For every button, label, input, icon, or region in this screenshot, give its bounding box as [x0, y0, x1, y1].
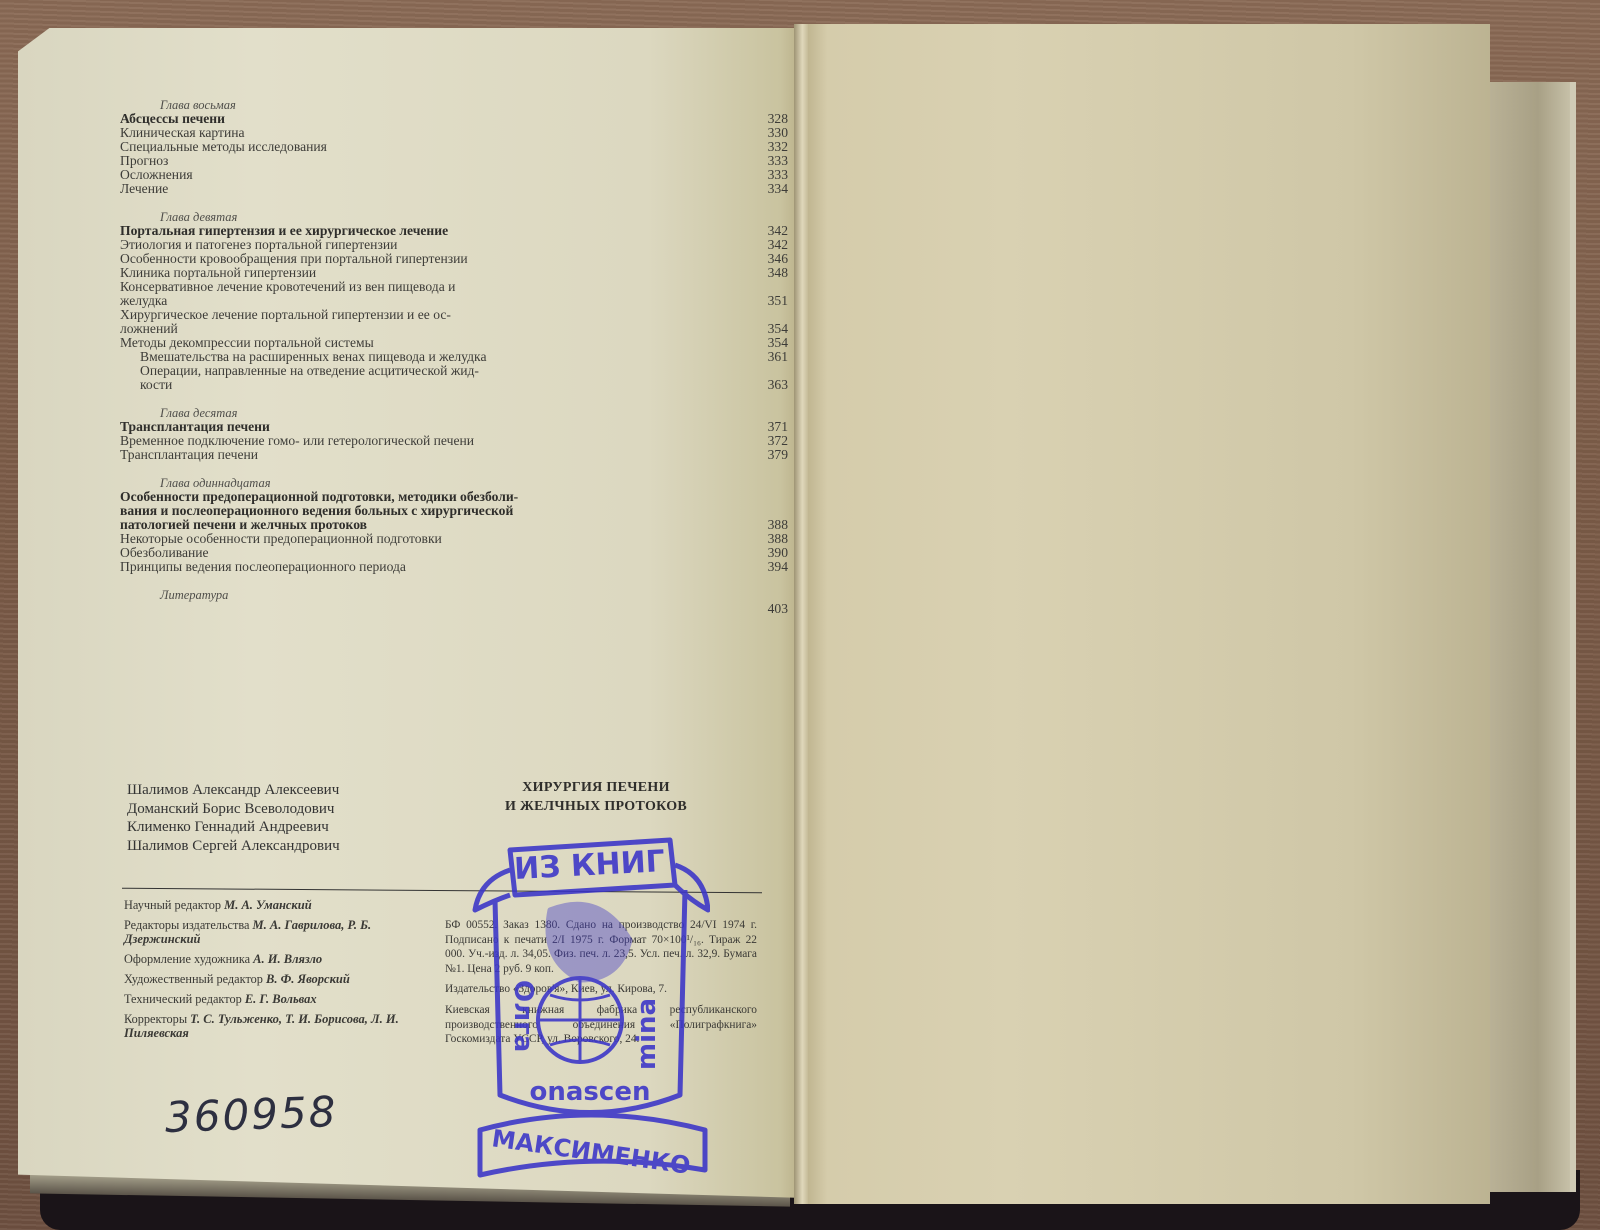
book-title-line: ХИРУРГИЯ ПЕЧЕНИ	[505, 778, 687, 797]
toc-chapter: Литература403	[120, 588, 800, 616]
ex-libris-stamp: ИЗ КНИГ МАКСИМЕНКО onascen Олга mina	[470, 830, 710, 1190]
toc-entry-title: Трансплантация печени	[120, 420, 595, 434]
toc-entry-title: Хирургическое лечение портальной гиперте…	[120, 308, 595, 336]
credit-role: Технический редактор	[124, 992, 242, 1006]
credit-names: А. И. Влязло	[253, 952, 322, 966]
toc-entry-page: 388	[748, 532, 800, 546]
toc-entry: Особенности предоперационной подготовки,…	[120, 490, 800, 532]
svg-text:Олга: Олга	[508, 980, 538, 1052]
toc-chapter: Глава девятаяПортальная гипертензия и ее…	[120, 210, 800, 392]
toc-entry-title: Методы декомпрессии портальной системы	[120, 336, 595, 350]
toc-entry-page: 372	[748, 434, 800, 448]
toc-entry-title: Принципы ведения послеоперационного пери…	[120, 560, 595, 574]
toc-chapter: Глава десятаяТрансплантация печени371Вре…	[120, 406, 800, 462]
book-title: ХИРУРГИЯ ПЕЧЕНИ И ЖЕЛЧНЫХ ПРОТОКОВ	[505, 778, 687, 816]
toc-entry-title: Трансплантация печени	[120, 448, 595, 462]
toc-entry: Этиология и патогенез портальной гиперте…	[120, 238, 800, 252]
toc-entry-title: Операции, направленные на отведение асци…	[120, 364, 595, 392]
credit-line: Редакторы издательства М. А. Гаврилова, …	[124, 918, 434, 946]
credit-names: М. А. Уманский	[224, 898, 312, 912]
credit-role: Художественный редактор	[124, 972, 263, 986]
toc-entry: Консервативное лечение кровотечений из в…	[120, 280, 800, 308]
toc-entry-title: Обезболивание	[120, 546, 595, 560]
author-name: Клименко Геннадий Андреевич	[127, 818, 340, 837]
credit-role: Корректоры	[124, 1012, 187, 1026]
toc-entry-page: 333	[748, 154, 800, 168]
toc-entry-title: Временное подключение гомо- или гетероло…	[120, 434, 595, 448]
author-name: Шалимов Сергей Александрович	[127, 837, 340, 856]
credit-line: Оформление художника А. И. Влязло	[124, 952, 434, 966]
toc-entry: Абсцессы печени328	[120, 112, 800, 126]
author-name: Доманский Борис Всеволодович	[127, 800, 340, 819]
toc-entry: Принципы ведения послеоперационного пери…	[120, 560, 800, 574]
svg-text:МАКСИМЕНКО: МАКСИМЕНКО	[490, 1124, 692, 1180]
chapter-label: Глава девятая	[120, 210, 800, 224]
toc-entry-page: 354	[748, 336, 800, 350]
toc-entry: Вмешательства на расширенных венах пищев…	[120, 350, 800, 364]
toc-entry-page: 330	[748, 126, 800, 140]
chapter-label: Глава одиннадцатая	[120, 476, 800, 490]
toc-entry: 403	[120, 602, 800, 616]
credit-role: Оформление художника	[124, 952, 250, 966]
toc-entry: Временное подключение гомо- или гетероло…	[120, 434, 800, 448]
toc-entry: Обезболивание390	[120, 546, 800, 560]
toc-entry-title: Специальные методы исследования	[120, 140, 595, 154]
toc-entry-page: 342	[748, 224, 800, 238]
book-back-cover	[1490, 82, 1576, 1192]
toc-chapter: Глава одиннадцатаяОсобенности предоперац…	[120, 476, 800, 574]
svg-text:onascen: onascen	[530, 1077, 651, 1107]
chapter-label: Глава десятая	[120, 406, 800, 420]
toc-entry: Портальная гипертензия и ее хирургическо…	[120, 224, 800, 238]
toc-entry: Прогноз333	[120, 154, 800, 168]
chapter-label: Глава восьмая	[120, 98, 800, 112]
toc-entry: Хирургическое лечение портальной гиперте…	[120, 308, 800, 336]
credit-line: Корректоры Т. С. Тульженко, Т. И. Борисо…	[124, 1012, 434, 1040]
toc-entry: Методы декомпрессии портальной системы35…	[120, 336, 800, 350]
toc-entry-page: 394	[748, 560, 800, 574]
toc-entry-title: Клиника портальной гипертензии	[120, 266, 595, 280]
toc-entry-page: 390	[748, 546, 800, 560]
toc-entry-page: 361	[748, 350, 800, 364]
toc-entry-page: 379	[748, 448, 800, 462]
book-title-line: И ЖЕЛЧНЫХ ПРОТОКОВ	[505, 797, 687, 816]
toc-entry: Лечение334	[120, 182, 800, 196]
toc-entry-page: 371	[748, 420, 800, 434]
toc-entry: Операции, направленные на отведение асци…	[120, 364, 800, 392]
credit-line: Научный редактор М. А. Уманский	[124, 898, 434, 912]
toc-entry-title: Портальная гипертензия и ее хирургическо…	[120, 224, 595, 238]
toc-entry-title: Абсцессы печени	[120, 112, 595, 126]
chapter-label: Литература	[120, 588, 800, 602]
credit-line: Художественный редактор В. Ф. Яворский	[124, 972, 434, 986]
credit-line: Технический редактор Е. Г. Вольвах	[124, 992, 434, 1006]
toc-entry-page: 388	[748, 518, 800, 532]
toc-entry-page: 403	[748, 602, 800, 616]
svg-text:ИЗ КНИГ: ИЗ КНИГ	[513, 844, 665, 887]
editorial-credits: Научный редактор М. А. УманскийРедакторы…	[124, 898, 434, 1046]
toc-entry-page: 363	[748, 378, 800, 392]
toc-entry-title: Консервативное лечение кровотечений из в…	[120, 280, 595, 308]
toc-entry: Клиника портальной гипертензии348	[120, 266, 800, 280]
toc-entry: Трансплантация печени379	[120, 448, 800, 462]
toc-entry-page: 342	[748, 238, 800, 252]
toc-entry-title: Клиническая картина	[120, 126, 595, 140]
toc-entry-page: 354	[748, 322, 800, 336]
stamp-icon: ИЗ КНИГ МАКСИМЕНКО onascen Олга mina	[470, 830, 710, 1190]
author-list: Шалимов Александр Алексеевич Доманский Б…	[127, 781, 340, 855]
toc-entry-page: 334	[748, 182, 800, 196]
svg-text:mina: mina	[632, 998, 662, 1070]
toc-entry: Трансплантация печени371	[120, 420, 800, 434]
handwritten-inventory-number: 360958	[164, 1087, 338, 1142]
toc-entry-title: Прогноз	[120, 154, 595, 168]
toc-entry-page: 328	[748, 112, 800, 126]
right-page-blank	[800, 24, 1490, 1204]
toc-entry: Осложнения333	[120, 168, 800, 182]
toc-entry: Особенности кровообращения при портально…	[120, 252, 800, 266]
toc-entry-title: Лечение	[120, 182, 595, 196]
toc-entry-title: Вмешательства на расширенных венах пищев…	[120, 350, 595, 364]
toc-entry-page: 332	[748, 140, 800, 154]
author-name: Шалимов Александр Алексеевич	[127, 781, 340, 800]
toc-entry-title: Осложнения	[120, 168, 595, 182]
toc-entry: Некоторые особенности предоперационной п…	[120, 532, 800, 546]
toc-entry-page: 333	[748, 168, 800, 182]
toc-entry: Специальные методы исследования332	[120, 140, 800, 154]
toc-chapter: Глава восьмаяАбсцессы печени328Клиническ…	[120, 98, 800, 196]
toc-entry-title: Особенности предоперационной подготовки,…	[120, 490, 595, 532]
table-of-contents: Глава восьмаяАбсцессы печени328Клиническ…	[120, 98, 800, 630]
toc-entry-page: 351	[748, 294, 800, 308]
toc-entry-page: 348	[748, 266, 800, 280]
toc-entry-title: Некоторые особенности предоперационной п…	[120, 532, 595, 546]
credit-names: Е. Г. Вольвах	[245, 992, 317, 1006]
credit-role: Научный редактор	[124, 898, 221, 912]
toc-entry-title: Этиология и патогенез портальной гиперте…	[120, 238, 595, 252]
toc-entry-page: 346	[748, 252, 800, 266]
toc-entry-title: Особенности кровообращения при портально…	[120, 252, 595, 266]
toc-entry: Клиническая картина330	[120, 126, 800, 140]
toc-entry-title	[120, 602, 595, 616]
credit-role: Редакторы издательства	[124, 918, 249, 932]
credit-names: В. Ф. Яворский	[266, 972, 350, 986]
